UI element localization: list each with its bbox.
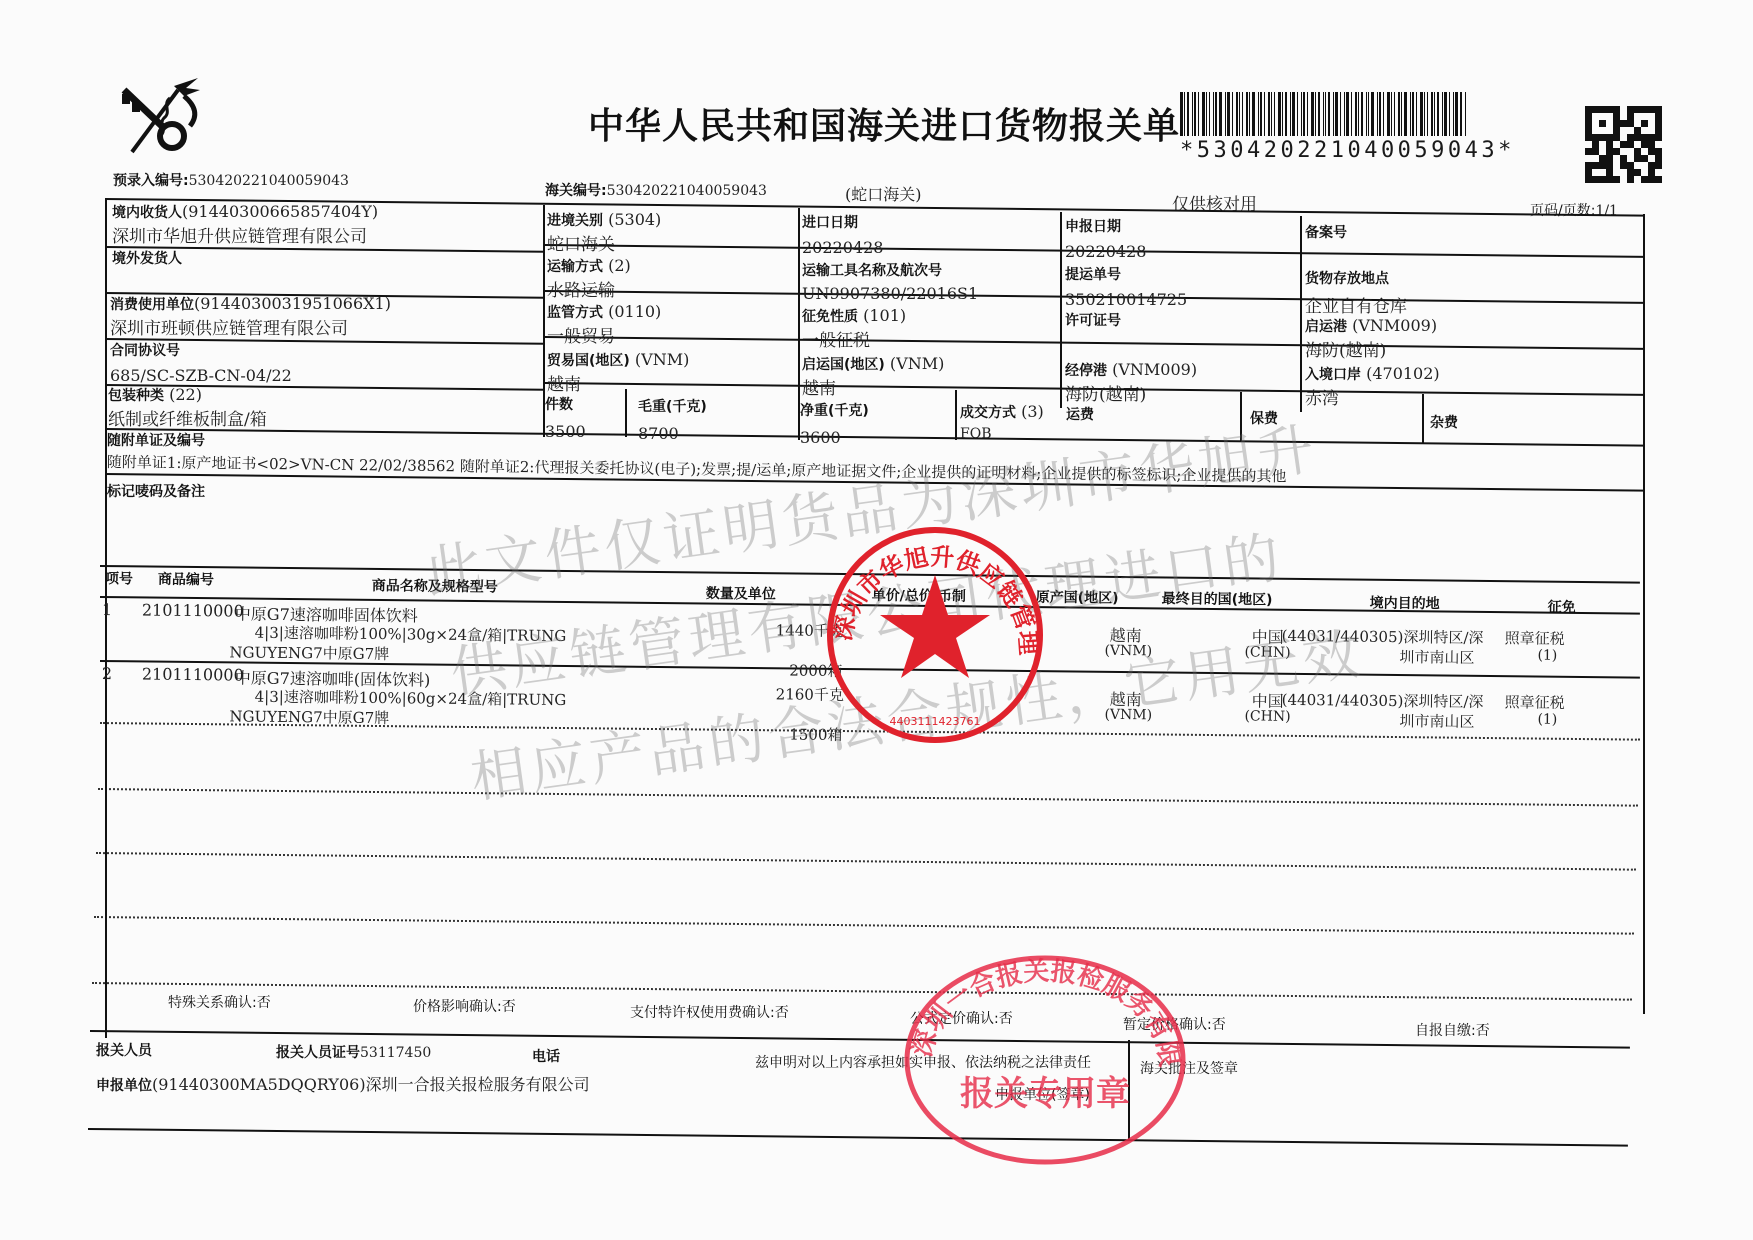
vessel-value: UN9907380/22016S1 [802, 284, 978, 303]
customs-number-value: 530420221040059043 [607, 183, 767, 199]
trade-country-label: 贸易国(地区) [547, 353, 630, 369]
page-indicator: 页码/页数:1/1 [1530, 200, 1618, 220]
entry-customs-value: 蛇口海关 [547, 230, 661, 255]
declarant-cert: 报关人员证号53117450 [276, 1042, 431, 1062]
pieces-label: 件数 [545, 394, 586, 414]
declaring-unit-sign: 申报单位(签章) [995, 1084, 1090, 1104]
transport-mode-code: (2) [608, 256, 631, 275]
gross-weight-cell: 毛重(千克) 8700 [638, 396, 707, 443]
price-influence-confirm: 价格影响确认:否 [413, 996, 516, 1016]
deal-mode-value: FOB [960, 426, 1044, 442]
levy-code: (1) [1537, 712, 1557, 728]
declare-date-label: 申报日期 [1065, 216, 1146, 236]
stop-port-cell: 经停港 (VNM009) 海防(越南) [1065, 360, 1197, 405]
levy-code: (1) [1537, 648, 1557, 664]
record-no-cell: 备案号 [1305, 222, 1347, 242]
import-date-cell: 进口日期 20220428 [802, 212, 883, 257]
origin-country-cell: 启运国(地区) (VNM) 越南 [802, 354, 944, 399]
stop-port-value: 海防(越南) [1065, 380, 1197, 405]
consumer-cell: 消费使用单位(9144030031951066X1) 深圳市班顿供应链管理有限公… [110, 294, 391, 339]
header-final-dest: 最终目的国(地区) [1162, 588, 1273, 609]
barcode-number: *530420221040059043* [1180, 138, 1515, 163]
entry-customs-label: 进境关别 [547, 213, 603, 229]
departure-port-cell: 启运港 (VNM009) 海防(越南) [1305, 316, 1437, 361]
transport-mode-value: 水路运输 [547, 276, 631, 301]
consignee-code: (91440300665857404Y) [182, 202, 378, 221]
declaring-unit-value: (91440300MA5DQQRY06)深圳一合报关报检服务有限公司 [152, 1075, 590, 1094]
provisional-price-confirm: 暂定价格确认:否 [1123, 1014, 1226, 1034]
entry-port-code: (470102) [1366, 364, 1440, 383]
deal-mode-code: (3) [1021, 402, 1044, 421]
deal-mode-cell: 成交方式 (3) FOB [960, 402, 1044, 442]
departure-port-code: (VNM009) [1352, 316, 1437, 335]
transport-mode-label: 运输方式 [547, 259, 603, 275]
hs-code: 2101110000 [142, 664, 244, 684]
dest-code: (CHN) [1244, 708, 1290, 724]
self-declare-confirm: 自报自缴:否 [1415, 1020, 1490, 1040]
pieces-cell: 件数 3500 [545, 394, 586, 441]
freight-label: 运费 [1066, 404, 1094, 424]
entry-customs-cell: 进境关别 (5304) 蛇口海关 [547, 210, 661, 255]
storage-label: 货物存放地点 [1305, 268, 1407, 288]
consumer-name: 深圳市班顿供应链管理有限公司 [110, 314, 391, 339]
trade-country-code: (VNM) [635, 350, 689, 369]
origin-country-value: 越南 [802, 374, 944, 399]
gross-weight-value: 8700 [638, 424, 707, 443]
entry-port-label: 入境口岸 [1305, 367, 1361, 383]
supervision-label: 监管方式 [547, 305, 603, 321]
declarant-cert-label: 报关人员证号 [276, 1045, 360, 1061]
entry-port-value: 赤湾 [1305, 384, 1440, 409]
net-weight-label: 净重(千克) [800, 400, 869, 420]
origin-country-code: (VNM) [890, 354, 944, 373]
levy-nature-code: (101) [863, 306, 906, 325]
vessel-cell: 运输工具名称及航次号 UN9907380/22016S1 [802, 260, 978, 303]
customs-approval-label: 海关批注及签章 [1140, 1058, 1238, 1078]
levy-nature-value: 一般征税 [802, 326, 906, 351]
quantity-box: 1500箱 [789, 723, 842, 745]
entry-port-cell: 入境口岸 (470102) 赤湾 [1305, 364, 1440, 409]
declarant-cert-no: 53117450 [360, 1045, 431, 1061]
gross-weight-label: 毛重(千克) [638, 396, 707, 416]
import-date-label: 进口日期 [802, 212, 883, 232]
header-origin: 原产国(地区) [1036, 587, 1119, 608]
supervision-code: (0110) [608, 302, 661, 321]
header-item-no: 项号 [105, 568, 133, 588]
pre-entry-label: 预录入编号: [113, 173, 189, 189]
origin-country-label: 启运国(地区) [802, 357, 885, 373]
transport-mode-cell: 运输方式 (2) 水路运输 [547, 256, 631, 301]
pre-entry-number: 预录入编号:530420221040059043 [113, 170, 349, 190]
quantity-kg: 1440千克 [776, 619, 844, 641]
phone-label: 电话 [532, 1046, 560, 1066]
barcode: *530420221040059043* [1180, 92, 1515, 163]
record-no-label: 备案号 [1305, 222, 1347, 242]
origin-code: (VNM) [1104, 643, 1152, 660]
consignee-name: 深圳市华旭升供应链管理有限公司 [112, 222, 378, 247]
header-price: 单价/总价/币制 [872, 585, 966, 606]
vessel-label: 运输工具名称及航次号 [802, 260, 978, 280]
net-weight-cell: 净重(千克) 3600 [800, 400, 869, 447]
pieces-value: 3500 [545, 422, 586, 441]
entry-customs-code: (5304) [608, 210, 661, 229]
header-hs-code: 商品编号 [158, 569, 214, 590]
license-label: 许可证号 [1065, 310, 1121, 330]
license-cell: 许可证号 [1065, 310, 1121, 330]
domestic-dest-1: (44031/440305)深圳特区/深 [1282, 625, 1484, 648]
header-product-name: 商品名称及规格型号 [372, 575, 498, 596]
declare-date-value: 20220428 [1065, 242, 1146, 261]
package-value: 纸制或纤维板制盒/箱 [108, 405, 267, 430]
origin-code: (VNM) [1104, 707, 1152, 724]
net-weight-value: 3600 [800, 428, 869, 447]
header-levy: 征免 [1548, 596, 1576, 616]
hs-code: 2101110000 [142, 600, 244, 620]
qr-code-icon [1585, 106, 1662, 183]
bill-no-value: 350210014725 [1065, 290, 1187, 309]
stop-port-label: 经停港 [1065, 363, 1107, 379]
bill-no-cell: 提运单号 350210014725 [1065, 264, 1187, 309]
misc-fee-label: 杂费 [1430, 412, 1458, 432]
supervision-cell: 监管方式 (0110) 一般贸易 [547, 302, 661, 347]
item-no: 2 [102, 664, 112, 683]
quantity-kg: 2160千克 [776, 683, 844, 705]
levy-nature-cell: 征免性质 (101) 一般征税 [802, 306, 906, 351]
import-date-value: 20220428 [802, 238, 883, 257]
dest-code: (CHN) [1244, 644, 1290, 660]
marks-label: 标记唛码及备注 [107, 481, 205, 501]
product-spec-2: NGUYENG7中原G7牌 [229, 641, 389, 664]
contract-label: 合同协议号 [110, 340, 292, 360]
domestic-dest-2: 圳市南山区 [1399, 646, 1474, 668]
customs-number: 海关编号:530420221040059043 [545, 180, 767, 200]
page-title: 中华人民共和国海关进口货物报关单 [588, 98, 1180, 149]
declaring-unit-label: 申报单位 [96, 1078, 152, 1094]
storage-cell: 货物存放地点 企业自有仓库 [1305, 268, 1407, 317]
barcode-bars [1180, 92, 1515, 136]
levy-nature-label: 征免性质 [802, 309, 858, 325]
item-no: 1 [102, 600, 112, 619]
declare-date-cell: 申报日期 20220428 [1065, 216, 1146, 261]
special-relation-confirm: 特殊关系确认:否 [168, 992, 271, 1012]
trade-country-cell: 贸易国(地区) (VNM) 越南 [547, 350, 689, 395]
customs-emblem-icon [112, 76, 204, 158]
consumer-label: 消费使用单位 [110, 297, 194, 313]
customs-number-label: 海关编号: [545, 183, 607, 199]
contract-cell: 合同协议号 685/SC-SZB-CN-04/22 [110, 340, 292, 385]
departure-port-value: 海防(越南) [1305, 336, 1437, 361]
bill-no-label: 提运单号 [1065, 264, 1187, 284]
consignee-label: 境内收货人 [112, 205, 182, 221]
levy-mode: 照章征税 [1505, 627, 1565, 649]
declaration-statement: 兹申明对以上内容承担如实申报、依法纳税之法律责任 [755, 1052, 1091, 1072]
declaring-unit: 申报单位(91440300MA5DQQRY06)深圳一合报关报检服务有限公司 [96, 1072, 590, 1095]
insurance-label: 保费 [1250, 408, 1278, 428]
royalty-confirm: 支付特许权使用费确认:否 [630, 1002, 789, 1022]
header-quantity: 数量及单位 [706, 583, 776, 604]
product-spec-2: NGUYENG7中原G7牌 [229, 705, 389, 728]
page-label: 页码/页数: [1530, 203, 1595, 219]
supervision-value: 一般贸易 [547, 322, 661, 347]
header-domestic-dest: 境内目的地 [1370, 592, 1440, 613]
customs-office: (蛇口海关) [845, 182, 922, 205]
shipper-cell: 境外发货人 [112, 248, 182, 268]
page-value: 1/1 [1595, 203, 1618, 219]
declarant-label: 报关人员 [96, 1040, 152, 1060]
pre-entry-value: 530420221040059043 [189, 173, 349, 189]
package-cell: 包装种类 (22) 纸制或纤维板制盒/箱 [108, 385, 267, 430]
trade-country-value: 越南 [547, 370, 689, 395]
shipper-label: 境外发货人 [112, 248, 182, 268]
consumer-code: (9144030031951066X1) [194, 294, 391, 313]
attached-docs-label: 随附单证及编号 [107, 430, 205, 450]
formula-pricing-confirm: 公式定价确认:否 [910, 1008, 1013, 1028]
deal-mode-label: 成交方式 [960, 405, 1016, 421]
departure-port-label: 启运港 [1305, 319, 1347, 335]
storage-value: 企业自有仓库 [1305, 292, 1407, 317]
package-label: 包装种类 [108, 388, 164, 404]
consignee-cell: 境内收货人(91440300665857404Y) 深圳市华旭升供应链管理有限公… [112, 202, 378, 247]
domestic-dest-2: 圳市南山区 [1399, 710, 1474, 732]
contract-value: 685/SC-SZB-CN-04/22 [110, 366, 292, 385]
package-code: (22) [169, 385, 202, 404]
domestic-dest-1: (44031/440305)深圳特区/深 [1282, 689, 1484, 712]
levy-mode: 照章征税 [1505, 691, 1565, 713]
stop-port-code: (VNM009) [1112, 360, 1197, 379]
